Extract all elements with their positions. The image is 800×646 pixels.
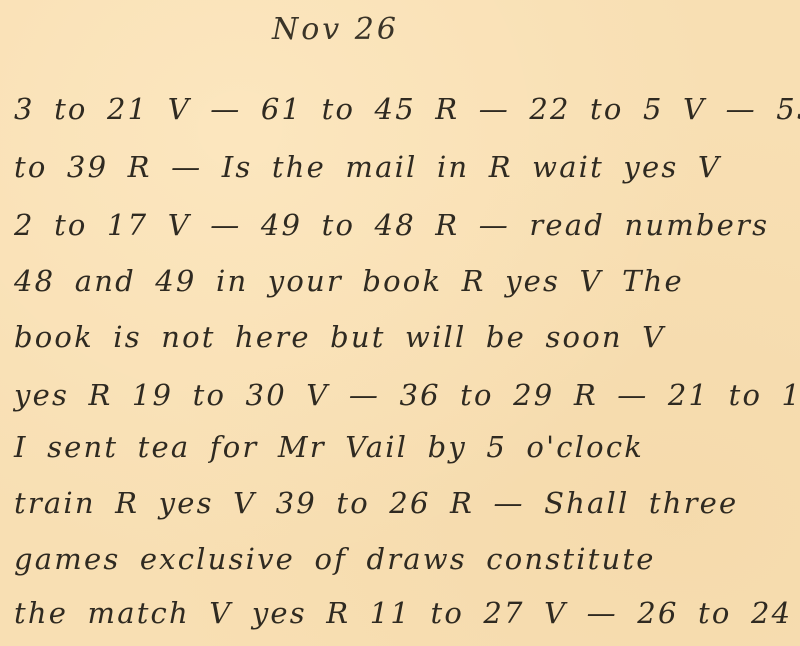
text-line-3: 2 to 17 V — 49 to 48 R — read numbers — [14, 208, 769, 242]
text-line-2: to 39 R — Is the mail in R wait yes V — [14, 150, 721, 184]
text-line-1: 3 to 21 V — 61 to 45 R — 22 to 5 V — 55 — [14, 92, 800, 126]
text-line-7: I sent tea for Mr Vail by 5 o'clock — [14, 430, 644, 464]
text-line-8: train R yes V 39 to 26 R — Shall three — [14, 486, 738, 520]
text-line-9: games exclusive of draws constitute — [14, 542, 656, 576]
text-line-5: book is not here but will be soon V — [14, 320, 665, 354]
text-line-4: 48 and 49 in your book R yes V The — [14, 264, 684, 298]
manuscript-page: Nov 26 3 to 21 V — 61 to 45 R — 22 to 5 … — [0, 0, 800, 646]
text-line-10: the match V yes R 11 to 27 V — 26 to 24 — [14, 596, 792, 630]
date-heading: Nov 26 — [272, 12, 399, 47]
text-line-6: yes R 19 to 30 V — 36 to 29 R — 21 to 13… — [14, 378, 800, 412]
